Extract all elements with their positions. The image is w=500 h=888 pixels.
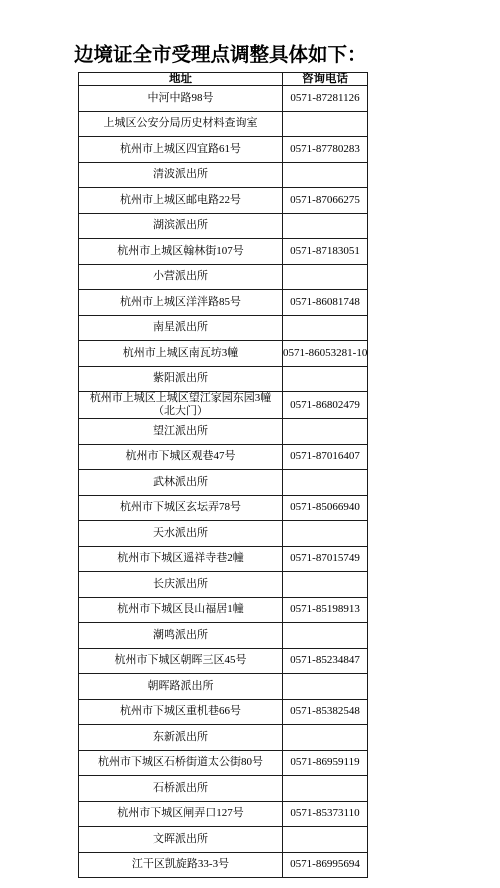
address-cell: 中河中路98号 <box>79 86 283 112</box>
table-row: 朝晖路派出所 <box>79 674 368 700</box>
table-row: 杭州市上城区南瓦坊3幢0571-86053281-106 <box>79 341 368 367</box>
phone-cell <box>283 572 368 598</box>
address-cell: 杭州市上城区洋泮路85号 <box>79 290 283 316</box>
address-cell: 杭州市上城区四宜路61号 <box>79 137 283 163</box>
phone-cell <box>283 674 368 700</box>
phone-column-header: 咨询电话 <box>283 73 368 86</box>
address-column-header: 地址 <box>79 73 283 86</box>
table-row: 望江派出所 <box>79 419 368 445</box>
phone-cell <box>283 470 368 496</box>
address-cell: 杭州市下城区朝晖三区45号 <box>79 648 283 674</box>
phone-cell <box>283 827 368 853</box>
phone-cell: 0571-85382548 <box>283 699 368 725</box>
phone-cell: 0571-85198913 <box>283 597 368 623</box>
address-cell: 文晖派出所 <box>79 827 283 853</box>
table-row: 杭州市上城区翰林街107号0571-87183051 <box>79 239 368 265</box>
phone-cell <box>283 111 368 137</box>
phone-cell <box>283 776 368 802</box>
table-row: 杭州市上城区洋泮路85号0571-86081748 <box>79 290 368 316</box>
table-row: 长庆派出所 <box>79 572 368 598</box>
acceptance-points-table: 地址 咨询电话 中河中路98号0571-87281126上城区公安分局历史材料查… <box>78 72 368 878</box>
table-row: 天水派出所 <box>79 521 368 547</box>
table-row: 湖滨派出所 <box>79 213 368 239</box>
phone-cell <box>283 315 368 341</box>
phone-cell: 0571-85373110 <box>283 801 368 827</box>
address-cell: 杭州市下城区遥祥寺巷2幢 <box>79 546 283 572</box>
phone-cell <box>283 725 368 751</box>
page-title: 边境证全市受理点调整具体如下： <box>74 44 367 66</box>
address-cell: 杭州市下城区观巷47号 <box>79 444 283 470</box>
phone-cell: 0571-85066940 <box>283 495 368 521</box>
table-row: 杭州市上城区邮电路22号0571-87066275 <box>79 188 368 214</box>
address-cell: 江干区凯旋路33-3号 <box>79 852 283 878</box>
table-row: 南星派出所 <box>79 315 368 341</box>
table-row: 中河中路98号0571-87281126 <box>79 86 368 112</box>
address-cell: 长庆派出所 <box>79 572 283 598</box>
address-cell: 杭州市下城区重机巷66号 <box>79 699 283 725</box>
phone-cell <box>283 213 368 239</box>
table-row: 武林派出所 <box>79 470 368 496</box>
phone-cell <box>283 366 368 392</box>
table-row: 上城区公安分局历史材料查询室 <box>79 111 368 137</box>
table-row: 文晖派出所 <box>79 827 368 853</box>
phone-cell <box>283 264 368 290</box>
address-cell: 杭州市上城区南瓦坊3幢 <box>79 341 283 367</box>
address-cell: 杭州市上城区翰林街107号 <box>79 239 283 265</box>
table-row: 杭州市下城区观巷47号0571-87016407 <box>79 444 368 470</box>
table-row: 小营派出所 <box>79 264 368 290</box>
phone-cell: 0571-86081748 <box>283 290 368 316</box>
table-row: 石桥派出所 <box>79 776 368 802</box>
table-row: 杭州市下城区闸弄口127号0571-85373110 <box>79 801 368 827</box>
phone-cell: 0571-87066275 <box>283 188 368 214</box>
phone-cell <box>283 521 368 547</box>
table-row: 清波派出所 <box>79 162 368 188</box>
table-row: 杭州市上城区上城区望江家园东园3幢（北大门）0571-86802479 <box>79 392 368 419</box>
table-body: 中河中路98号0571-87281126上城区公安分局历史材料查询室杭州市上城区… <box>79 86 368 878</box>
phone-cell: 0571-87183051 <box>283 239 368 265</box>
address-cell: 武林派出所 <box>79 470 283 496</box>
table-row: 杭州市下城区玄坛弄78号0571-85066940 <box>79 495 368 521</box>
table-row: 潮鸣派出所 <box>79 623 368 649</box>
address-cell: 清波派出所 <box>79 162 283 188</box>
phone-cell: 0571-86995694 <box>283 852 368 878</box>
table-row: 杭州市下城区石桥街道太公街80号0571-86959119 <box>79 750 368 776</box>
address-cell: 天水派出所 <box>79 521 283 547</box>
phone-cell <box>283 623 368 649</box>
table-row: 杭州市下城区朝晖三区45号0571-85234847 <box>79 648 368 674</box>
table-row: 紫阳派出所 <box>79 366 368 392</box>
address-cell: 小营派出所 <box>79 264 283 290</box>
phone-cell <box>283 162 368 188</box>
phone-cell: 0571-86959119 <box>283 750 368 776</box>
address-cell: 东新派出所 <box>79 725 283 751</box>
table-row: 杭州市下城区艮山福居1幢0571-85198913 <box>79 597 368 623</box>
address-cell: 潮鸣派出所 <box>79 623 283 649</box>
address-cell: 石桥派出所 <box>79 776 283 802</box>
phone-cell: 0571-86802479 <box>283 392 368 419</box>
address-cell: 杭州市下城区闸弄口127号 <box>79 801 283 827</box>
address-cell: 望江派出所 <box>79 419 283 445</box>
address-cell: 杭州市下城区玄坛弄78号 <box>79 495 283 521</box>
table-row: 东新派出所 <box>79 725 368 751</box>
phone-cell: 0571-87281126 <box>283 86 368 112</box>
address-cell: 杭州市上城区上城区望江家园东园3幢（北大门） <box>79 392 283 419</box>
address-cell: 紫阳派出所 <box>79 366 283 392</box>
address-cell: 南星派出所 <box>79 315 283 341</box>
address-cell: 杭州市下城区石桥街道太公街80号 <box>79 750 283 776</box>
table-row: 杭州市下城区遥祥寺巷2幢0571-87015749 <box>79 546 368 572</box>
address-cell: 朝晖路派出所 <box>79 674 283 700</box>
address-cell: 湖滨派出所 <box>79 213 283 239</box>
table-row: 杭州市上城区四宜路61号0571-87780283 <box>79 137 368 163</box>
table-row: 杭州市下城区重机巷66号0571-85382548 <box>79 699 368 725</box>
address-cell: 上城区公安分局历史材料查询室 <box>79 111 283 137</box>
table-row: 江干区凯旋路33-3号0571-86995694 <box>79 852 368 878</box>
address-cell: 杭州市上城区邮电路22号 <box>79 188 283 214</box>
phone-cell <box>283 419 368 445</box>
phone-cell: 0571-85234847 <box>283 648 368 674</box>
address-cell: 杭州市下城区艮山福居1幢 <box>79 597 283 623</box>
phone-cell: 0571-87015749 <box>283 546 368 572</box>
phone-cell: 0571-86053281-106 <box>283 341 368 367</box>
phone-cell: 0571-87780283 <box>283 137 368 163</box>
phone-cell: 0571-87016407 <box>283 444 368 470</box>
table-header-row: 地址 咨询电话 <box>79 73 368 86</box>
